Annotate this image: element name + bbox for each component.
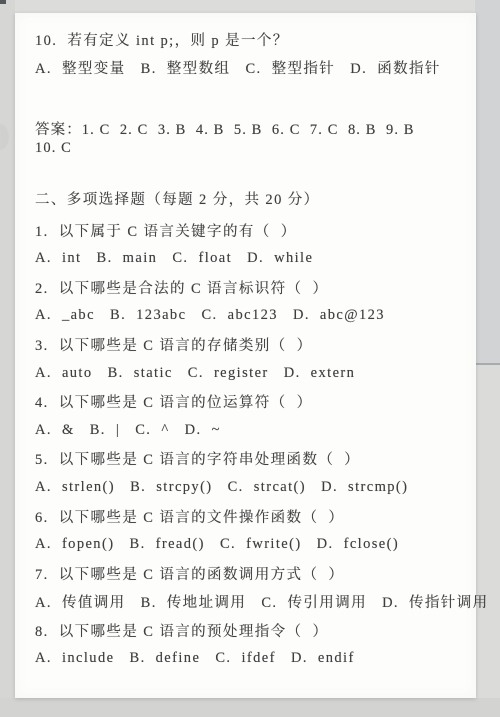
exam-document-page: 10. 若有定义 int p;，则 p 是一个？ A. 整型变量 B. 整型数组… — [15, 13, 476, 698]
answer-key-line-2: 10. C — [35, 138, 464, 158]
answer-key: 答案：1. C 2. C 3. B 4. B 5. B 6. C 7. C 8.… — [35, 118, 464, 158]
question-options: A. _abc B. 123abc C. abc123 D. abc@123 — [35, 302, 464, 331]
question-options: A. auto B. static C. register D. extern — [35, 359, 464, 388]
background-top-margin — [0, 0, 500, 13]
question-options: A. strlen() B. strcpy() C. strcat() D. s… — [35, 473, 464, 502]
question-text: 3. 以下哪些是 C 语言的存储类别（ ） — [35, 330, 464, 359]
question-text: 6. 以下哪些是 C 语言的文件操作函数（ ） — [35, 502, 464, 531]
question-text: 5. 以下哪些是 C 语言的字符串处理函数（ ） — [35, 445, 464, 474]
answer-key-line-1: 答案：1. C 2. C 3. B 4. B 5. B 6. C 7. C 8.… — [35, 118, 464, 138]
section-2-heading: 二、多项选择题（每题 2 分，共 20 分） — [35, 184, 464, 213]
question-options: A. 传值调用 B. 传地址调用 C. 传引用调用 D. 传指针调用 — [35, 588, 464, 617]
question-options: A. int B. main C. float D. while — [35, 244, 464, 273]
question-text: 8. 以下哪些是 C 语言的预处理指令（ ） — [35, 616, 464, 645]
background-right-margin-upper — [475, 0, 500, 363]
question-text: 2. 以下哪些是合法的 C 语言标识符（ ） — [35, 273, 464, 302]
question-options: A. include B. define C. ifdef D. endif — [35, 645, 464, 674]
question-options: A. fopen() B. fread() C. fwrite() D. fcl… — [35, 530, 464, 559]
background-left-margin — [0, 0, 15, 717]
right-margin-divider-line — [472, 363, 500, 365]
question-text: 7. 以下哪些是 C 语言的函数调用方式（ ） — [35, 559, 464, 588]
question-10-options: A. 整型变量 B. 整型数组 C. 整型指针 D. 函数指针 — [35, 54, 464, 83]
section-2-question-list: 1. 以下属于 C 语言关键字的有（ ） A. int B. main C. f… — [35, 216, 464, 674]
background-right-margin-lower — [475, 365, 500, 717]
question-10-text: 10. 若有定义 int p;，则 p 是一个？ — [35, 25, 464, 54]
background-bottom-margin — [0, 698, 500, 717]
page-corner-artifact — [0, 0, 6, 4]
question-options: A. & B. | C. ^ D. ~ — [35, 416, 464, 445]
question-text: 4. 以下哪些是 C 语言的位运算符（ ） — [35, 387, 464, 416]
question-text: 1. 以下属于 C 语言关键字的有（ ） — [35, 216, 464, 245]
